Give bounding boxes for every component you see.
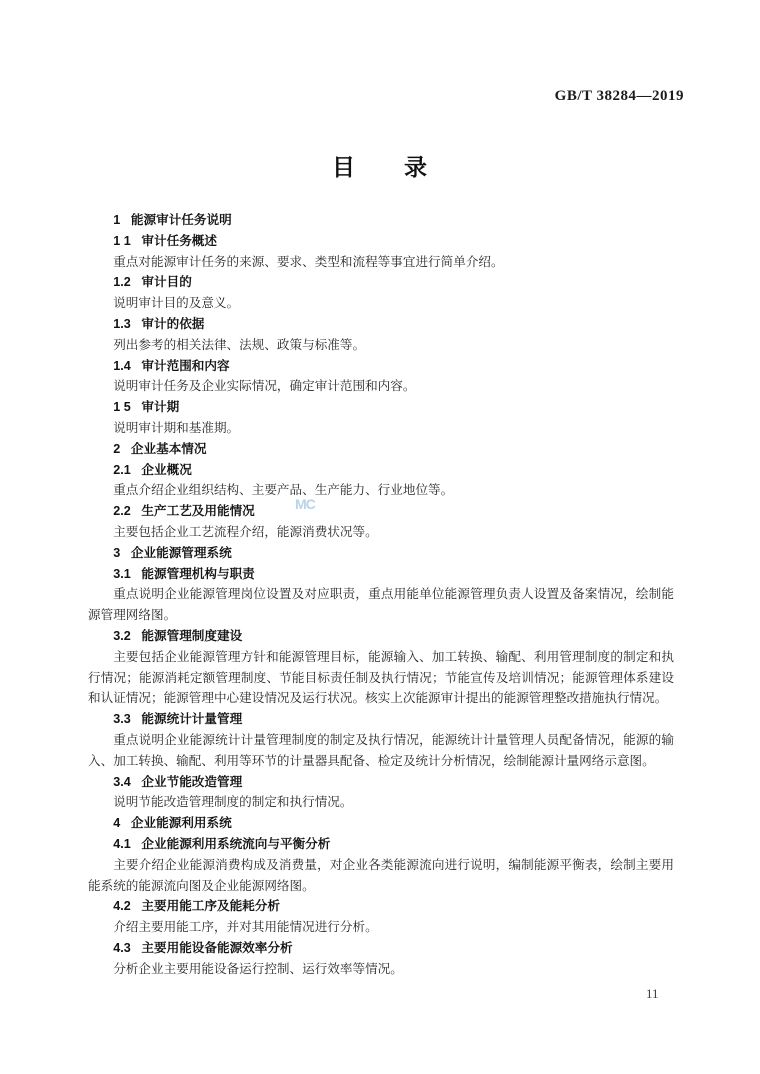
toc-description: 说明审计期和基准期。: [88, 418, 674, 439]
standard-number: GB/T 38284—2019: [555, 88, 684, 105]
toc-heading-title: 审计范围和内容: [141, 359, 229, 373]
toc-heading-number: 3.3: [113, 709, 131, 730]
toc-heading-title: 企业能源利用系统流向与平衡分析: [141, 837, 330, 851]
toc-heading-number: 1.4: [113, 356, 131, 377]
toc-heading-title: 能源管理机构与职责: [141, 567, 254, 581]
toc-heading: 4.2主要用能工序及能耗分析: [88, 896, 674, 917]
toc-heading-title: 审计任务概述: [141, 234, 217, 248]
toc-heading: 2.2生产工艺及用能情况: [88, 501, 674, 522]
toc-heading-title: 企业能源利用系统: [131, 816, 232, 830]
toc-heading-number: 4: [113, 813, 120, 834]
toc-heading-title: 能源管理制度建设: [141, 629, 242, 643]
toc-heading-title: 审计期: [141, 400, 179, 414]
page-number: 11: [646, 986, 659, 1002]
toc-heading: 2企业基本情况: [88, 439, 674, 460]
toc-heading-title: 主要用能工序及能耗分析: [141, 899, 280, 913]
toc-heading-number: 3.2: [113, 626, 131, 647]
toc-heading: 4.3主要用能设备能源效率分析: [88, 938, 674, 959]
toc-heading: 1 1审计任务概述: [88, 231, 674, 252]
toc-heading-number: 4.2: [113, 896, 131, 917]
toc-heading-number: 2.2: [113, 501, 131, 522]
toc-description: 主要包括企业能源管理方针和能源管理目标，能源输入、加工转换、输配、利用管理制度的…: [88, 647, 674, 709]
toc-heading-title: 审计的依据: [141, 317, 204, 331]
toc-description: 介绍主要用能工序，并对其用能情况进行分析。: [88, 917, 674, 938]
toc-heading-number: 3.1: [113, 564, 131, 585]
table-of-contents: 1能源审计任务说明1 1审计任务概述重点对能源审计任务的来源、要求、类型和流程等…: [88, 210, 674, 979]
toc-description: 列出参考的相关法律、法规、政策与标准等。: [88, 335, 674, 356]
toc-heading: 3.4企业节能改造管理: [88, 772, 674, 793]
toc-heading-title: 审计目的: [141, 275, 191, 289]
toc-description: 重点说明企业能源管理岗位设置及对应职责，重点用能单位能源管理负责人设置及备案情况…: [88, 584, 674, 626]
toc-heading: 1.4审计范围和内容: [88, 356, 674, 377]
toc-description: 重点介绍企业组织结构、主要产品、生产能力、行业地位等。: [88, 480, 674, 501]
toc-heading: 3企业能源管理系统: [88, 543, 674, 564]
toc-heading-number: 3: [113, 543, 120, 564]
toc-heading-number: 1 1: [113, 231, 131, 252]
toc-heading: 1能源审计任务说明: [88, 210, 674, 231]
toc-heading: 3.3能源统计计量管理: [88, 709, 674, 730]
toc-heading-number: 2: [113, 439, 120, 460]
toc-heading: 3.1能源管理机构与职责: [88, 564, 674, 585]
toc-description: 主要介绍企业能源消费构成及消费量，对企业各类能源流向进行说明，编制能源平衡表，绘…: [88, 855, 674, 897]
toc-heading: 1.3审计的依据: [88, 314, 674, 335]
toc-heading: 1 5审计期: [88, 397, 674, 418]
toc-heading-number: 1.2: [113, 272, 131, 293]
toc-heading-number: 4.1: [113, 834, 131, 855]
toc-heading-number: 1: [113, 210, 120, 231]
toc-heading: 1.2审计目的: [88, 272, 674, 293]
document-page: GB/T 38284—2019 目 录 1能源审计任务说明1 1审计任务概述重点…: [0, 0, 760, 1074]
toc-heading-title: 主要用能设备能源效率分析: [141, 941, 292, 955]
toc-heading-title: 企业概况: [141, 463, 191, 477]
toc-heading-title: 能源审计任务说明: [131, 213, 232, 227]
watermark-fragment: MC: [295, 496, 315, 512]
toc-heading: 4.1企业能源利用系统流向与平衡分析: [88, 834, 674, 855]
toc-heading-title: 能源统计计量管理: [141, 712, 242, 726]
toc-description: 主要包括企业工艺流程介绍，能源消费状况等。: [88, 522, 674, 543]
toc-heading-title: 企业基本情况: [131, 442, 207, 456]
toc-heading-number: 1.3: [113, 314, 131, 335]
toc-description: 分析企业主要用能设备运行控制、运行效率等情况。: [88, 959, 674, 980]
toc-heading-number: 3.4: [113, 772, 131, 793]
toc-heading: 2.1企业概况: [88, 460, 674, 481]
toc-description: 说明节能改造管理制度的制定和执行情况。: [88, 792, 674, 813]
toc-heading: 4企业能源利用系统: [88, 813, 674, 834]
toc-heading-number: 4.3: [113, 938, 131, 959]
toc-heading-number: 2.1: [113, 460, 131, 481]
toc-heading-title: 生产工艺及用能情况: [141, 504, 254, 518]
toc-heading-title: 企业能源管理系统: [131, 546, 232, 560]
toc-description: 重点对能源审计任务的来源、要求、类型和流程等事宜进行简单介绍。: [88, 252, 674, 273]
toc-description: 重点说明企业能源统计计量管理制度的制定及执行情况，能源统计计量管理人员配备情况，…: [88, 730, 674, 772]
toc-heading: 3.2能源管理制度建设: [88, 626, 674, 647]
page-title: 目 录: [0, 149, 760, 182]
toc-heading-title: 企业节能改造管理: [141, 775, 242, 789]
toc-heading-number: 1 5: [113, 397, 131, 418]
toc-description: 说明审计任务及企业实际情况，确定审计范围和内容。: [88, 376, 674, 397]
toc-description: 说明审计目的及意义。: [88, 293, 674, 314]
